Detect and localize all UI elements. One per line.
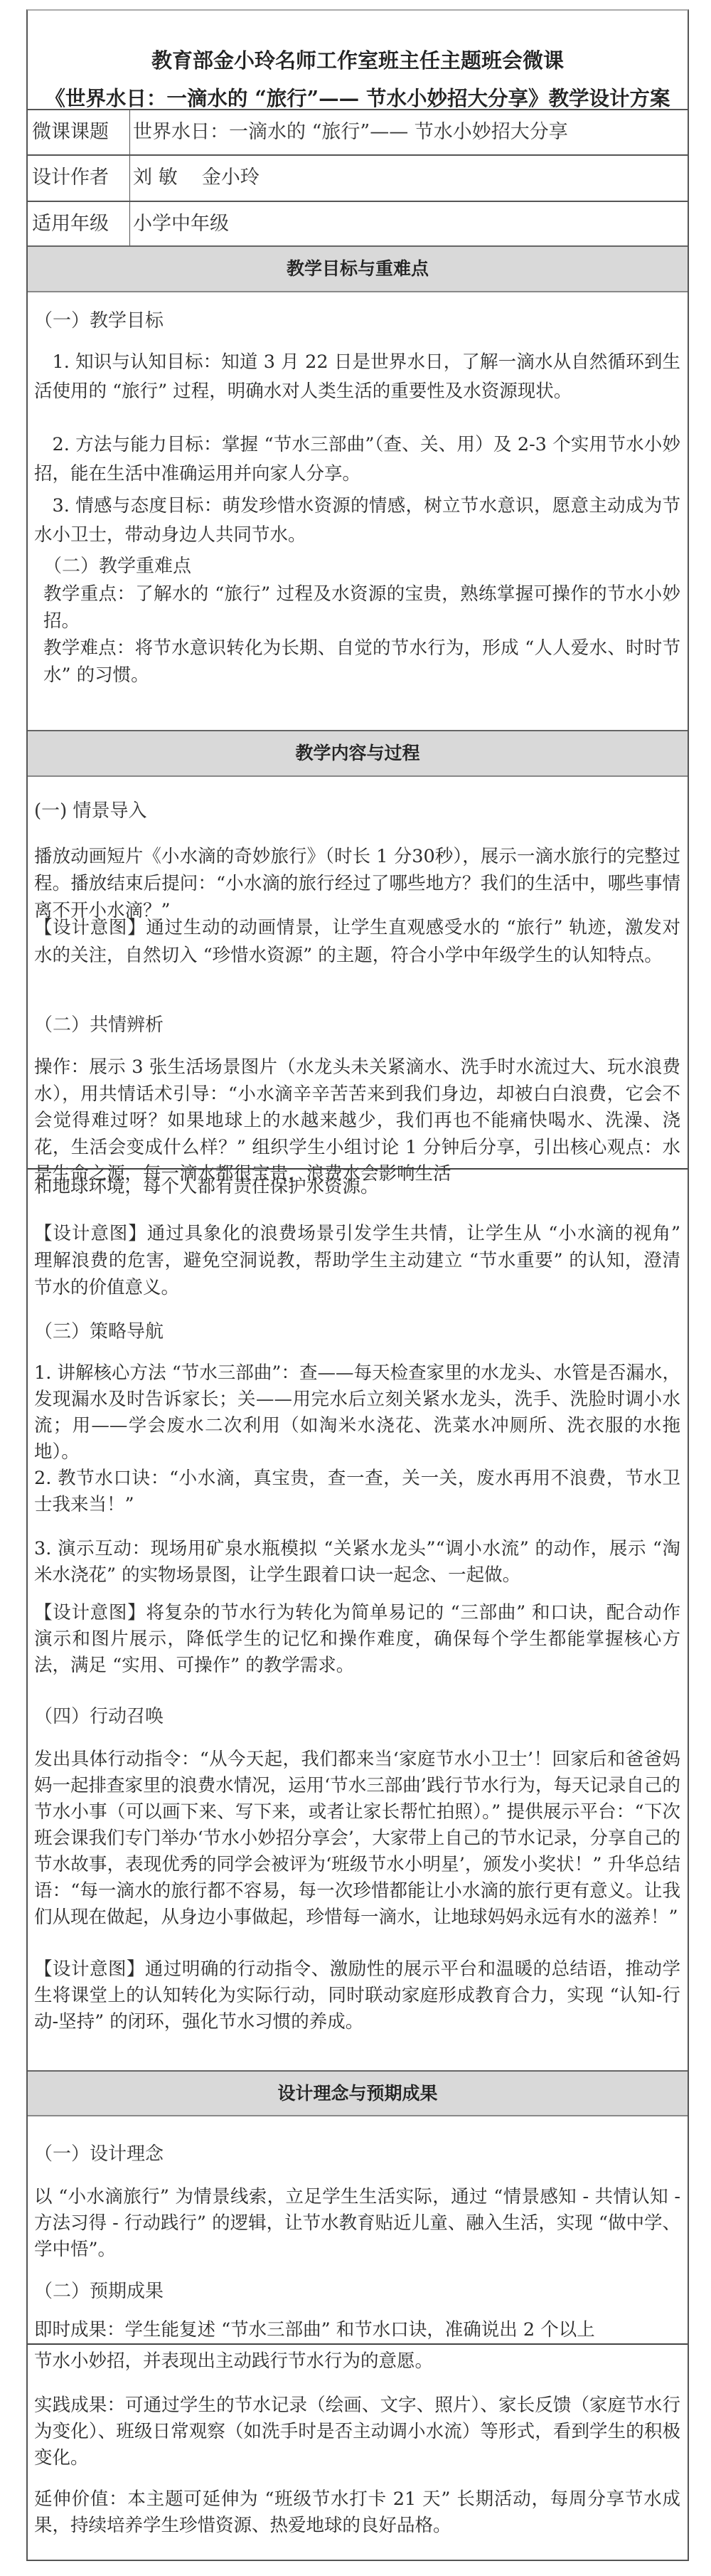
- goal-emotion: 3. 情感与态度目标：萌发珍惜水资源的情感，树立节水意识，愿意主动成为节水小卫士…: [34, 492, 680, 550]
- design-intent-4: 【设计意图】通过明确的行动指令、激励性的展示平台和温暖的总结语，推动学生将课堂上…: [34, 1956, 680, 2035]
- design-intent-2: 【设计意图】通过具象化的浪费场景引发学生共情，让学生从 “小水滴的视角” 理解浪…: [34, 1220, 680, 1301]
- document-title-org: 教育部金小玲名师工作室班主任主题班会微课: [28, 45, 688, 74]
- key-point: 教学重点：了解水的 “旅行” 过程及水资源的宝贵，熟练掌握可操作的节水小妙招。: [43, 581, 680, 635]
- goal-method: 2. 方法与能力目标：掌握 “节水三部曲”（查、关、用）及 2-3 个实用节水小…: [34, 430, 680, 489]
- immediate-results: 即时成果：学生能复述 “节水三部曲” 和节水口诀，准确说出 2 个以上: [34, 2317, 680, 2343]
- goal-knowledge: 1. 知识与认知目标：知道 3 月 22 日是世界水日，了解一滴水从自然循环到生…: [34, 348, 680, 406]
- page-break-line: [28, 1168, 688, 1170]
- design-intent-3: 【设计意图】将复杂的节水行为转化为简单易记的 “三部曲” 和口诀，配合动作演示和…: [34, 1600, 680, 1679]
- immediate-results-continued: 节水小妙招，并表现出主动践行节水行为的意愿。: [34, 2348, 680, 2375]
- info-value: 小学中年级: [133, 202, 688, 246]
- info-row-topic: 微课课题 世界水日：一滴水的 “旅行”—— 节水小妙招大分享: [28, 109, 688, 154]
- info-row-grade: 适用年级 小学中年级: [28, 201, 688, 246]
- title-block: 教育部金小玲名师工作室班主任主题班会微课 《世界水日：一滴水的 “旅行”—— 节…: [28, 11, 688, 110]
- strategy-step-3: 3. 演示互动：现场用矿泉水瓶模拟 “关紧水龙头”“调小水流” 的动作，展示 “…: [34, 1536, 680, 1589]
- subheading-expected-results: （二）预期成果: [34, 2277, 164, 2306]
- extension-value: 延伸价值：本主题可延伸为 “班级节水打卡 21 天” 长期活动，每周分享节水成果…: [34, 2486, 680, 2539]
- document-title-main: 《世界水日：一滴水的 “旅行”—— 节水小妙招大分享》教学设计方案: [28, 83, 688, 112]
- page-break-line: [28, 2343, 688, 2345]
- subheading-action: （四）行动召唤: [34, 1702, 164, 1731]
- subheading-teaching-goals: （一）教学目标: [34, 307, 164, 335]
- info-value: 世界水日：一滴水的 “旅行”—— 节水小妙招大分享: [133, 110, 688, 154]
- section-header-goals: 教学目标与重难点: [28, 245, 688, 292]
- strategy-step-2: 2. 教节水口诀：“小水滴，真宝贵，查一查，关一关，废水再用不浪费，节水卫士我来…: [34, 1465, 680, 1518]
- practice-results: 实践成果：可通过学生的节水记录（绘画、文字、照片）、家长反馈（家庭节水行为变化）…: [34, 2392, 680, 2471]
- subheading-empathy: （二）共情辨析: [34, 1011, 164, 1039]
- difficult-point: 教学难点：将节水意识转化为长期、自觉的节水行为，形成 “人人爱水、时时节水” 的…: [43, 635, 680, 689]
- design-concept-text: 以 “小水滴旅行” 为情景线索，立足学生生活实际，通过 “情景感知 - 共情认知…: [34, 2184, 680, 2263]
- subheading-design-concept: （一）设计理念: [34, 2140, 164, 2168]
- info-label: 微课课题: [28, 110, 130, 154]
- section-header-concept: 设计理念与预期成果: [28, 2070, 688, 2116]
- info-value: 刘 敏 金小玲: [133, 156, 688, 201]
- subheading-scene-intro: (一) 情景导入: [34, 797, 147, 825]
- info-row-author: 设计作者 刘 敏 金小玲: [28, 154, 688, 201]
- info-label: 适用年级: [28, 202, 130, 246]
- lesson-plan-table: 教育部金小玲名师工作室班主任主题班会微课 《世界水日：一滴水的 “旅行”—— 节…: [26, 9, 689, 2561]
- action-call-text: 发出具体行动指令：“从今天起，我们都来当‘家庭节水小卫士’！回家后和爸爸妈妈一起…: [34, 1747, 680, 1931]
- info-label: 设计作者: [28, 156, 130, 201]
- strategy-step-1: 1. 讲解核心方法 “节水三部曲”：查——每天检查家里的水龙头、水管是否漏水，发…: [34, 1360, 680, 1465]
- design-intent-1: 【设计意图】通过生动的动画情景，让学生直观感受水的 “旅行” 轨迹，激发对水的关…: [34, 914, 680, 970]
- empathy-operation-continued: 和地球环境，每个人都有责任保护水资源。: [34, 1173, 680, 1200]
- subheading-key-difficult: （二）教学重难点: [43, 552, 191, 581]
- subheading-strategy: （三）策略导航: [34, 1318, 164, 1346]
- scene-intro-text: 播放动画短片《小水滴的奇妙旅行》（时长 1 分30秒），展示一滴水旅行的完整过程…: [34, 843, 680, 924]
- section-header-process: 教学内容与过程: [28, 730, 688, 777]
